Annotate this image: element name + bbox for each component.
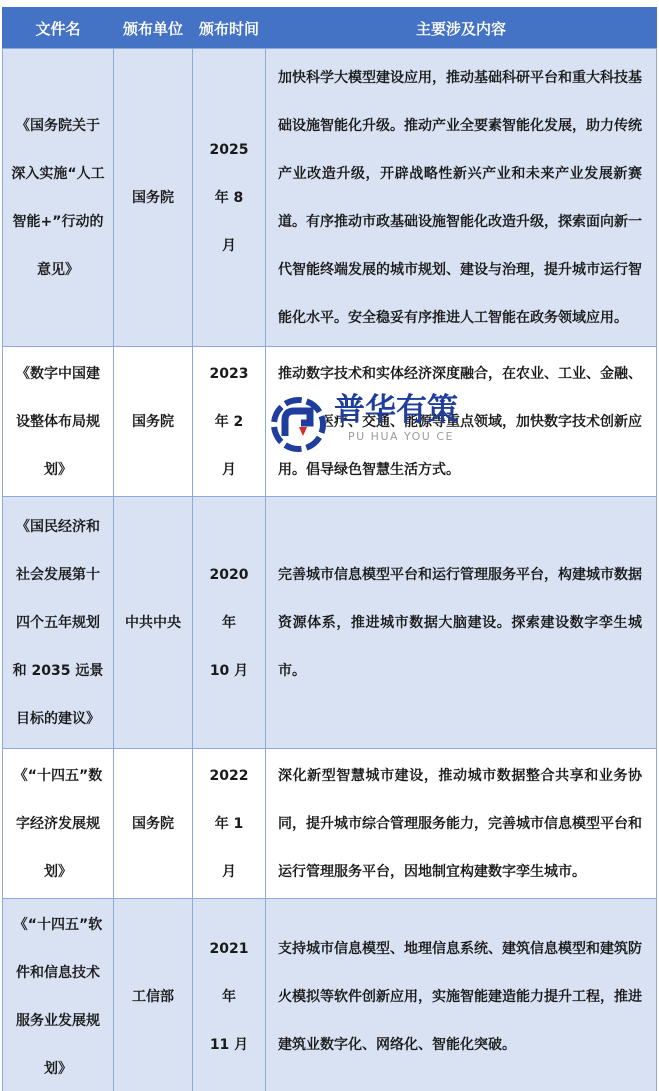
cell-issuing-unit: 中共中央 (114, 497, 193, 749)
col-header-main-content: 主要涉及内容 (266, 8, 657, 49)
cell-issue-date: 2020 年 10 月 (193, 497, 266, 749)
cell-file-name: 《国民经济和社会发展第十四个五年规划和 2035 远景目标的建议》 (3, 497, 114, 749)
policy-table-page: 文件名 颁布单位 颁布时间 主要涉及内容 《国务院关于深入实施“人工智能+”行动… (0, 0, 659, 1091)
col-header-issue-date: 颁布时间 (193, 8, 266, 49)
cell-file-name: 《“十四五”数字经济发展规划》 (3, 749, 114, 899)
table-row: 《“十四五”软件和信息技术服务业发展规划》 工信部 2021 年 11 月 支持… (3, 899, 657, 1091)
cell-main-content: 深化新型智慧城市建设，推动城市数据整合共享和业务协同，提升城市综合管理服务能力，… (266, 749, 657, 899)
cell-issue-date: 2025 年 8 月 (193, 49, 266, 347)
cell-issuing-unit: 国务院 (114, 749, 193, 899)
cell-main-content: 推动数字技术和实体经济深度融合，在农业、工业、金融、教育、医疗、交通、能源等重点… (266, 347, 657, 497)
table-row: 《国民经济和社会发展第十四个五年规划和 2035 远景目标的建议》 中共中央 2… (3, 497, 657, 749)
cell-issue-date: 2023 年 2 月 (193, 347, 266, 497)
table-header-row: 文件名 颁布单位 颁布时间 主要涉及内容 (3, 8, 657, 49)
cell-main-content: 完善城市信息模型平台和运行管理服务平台，构建城市数据资源体系，推进城市数据大脑建… (266, 497, 657, 749)
cell-file-name: 《数字中国建设整体布局规划》 (3, 347, 114, 497)
table-row: 《国务院关于深入实施“人工智能+”行动的意见》 国务院 2025 年 8 月 加… (3, 49, 657, 347)
table-row: 《数字中国建设整体布局规划》 国务院 2023 年 2 月 推动数字技术和实体经… (3, 347, 657, 497)
cell-issue-date: 2022 年 1 月 (193, 749, 266, 899)
cell-issuing-unit: 国务院 (114, 49, 193, 347)
col-header-issuing-unit: 颁布单位 (114, 8, 193, 49)
cell-issuing-unit: 工信部 (114, 899, 193, 1091)
cell-main-content: 支持城市信息模型、地理信息系统、建筑信息模型和建筑防火模拟等软件创新应用，实施智… (266, 899, 657, 1091)
table-row: 《“十四五”数字经济发展规划》 国务院 2022 年 1 月 深化新型智慧城市建… (3, 749, 657, 899)
cell-main-content: 加快科学大模型建设应用，推动基础科研平台和重大科技基础设施智能化升级。推动产业全… (266, 49, 657, 347)
col-header-file-name: 文件名 (3, 8, 114, 49)
cell-issuing-unit: 国务院 (114, 347, 193, 497)
policy-table: 文件名 颁布单位 颁布时间 主要涉及内容 《国务院关于深入实施“人工智能+”行动… (2, 7, 657, 1091)
cell-issue-date: 2021 年 11 月 (193, 899, 266, 1091)
cell-file-name: 《“十四五”软件和信息技术服务业发展规划》 (3, 899, 114, 1091)
cell-file-name: 《国务院关于深入实施“人工智能+”行动的意见》 (3, 49, 114, 347)
